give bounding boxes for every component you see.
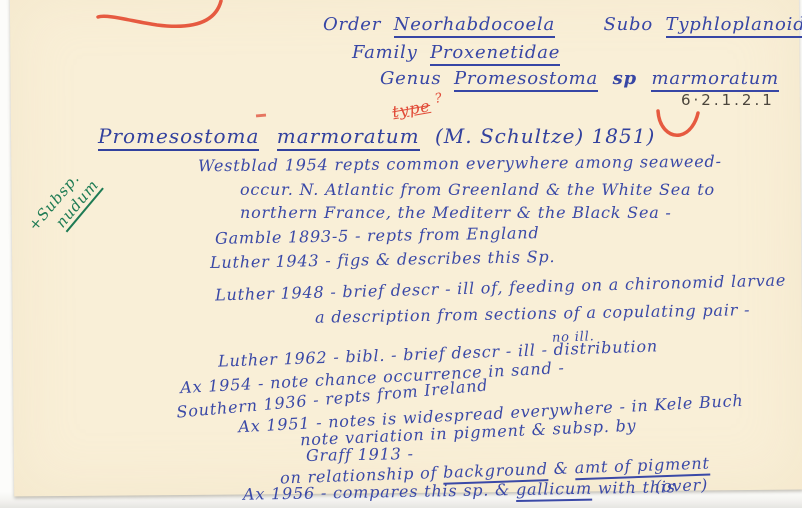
ax1956-gallicum: gallicum — [516, 479, 592, 502]
title-genus: Promesostoma — [98, 124, 259, 151]
species-value: marmoratum — [651, 68, 779, 92]
title-species: marmoratum — [277, 124, 420, 151]
note-graff-1913: Graff 1913 - — [306, 446, 414, 464]
type-annotation: type ? — [391, 96, 445, 121]
suborder-value: Typhloplanoida — [666, 14, 802, 38]
note-luther-1943: Luther 1943 - figs & describes this Sp. — [210, 249, 556, 271]
subsp-annotation: +Subsp. nudum — [26, 165, 104, 248]
note-copulating-pair: a description from sections of a copulat… — [315, 302, 750, 326]
taxonomy-genus-line: Genus Promesostoma sp marmoratum — [380, 70, 779, 88]
taxonomy-family-line: Family Proxenetidae — [352, 44, 560, 62]
species-title: Promesostoma marmoratum (M. Schultze) 18… — [98, 126, 655, 146]
note-northern-france: northern France, the Mediterr & the Blac… — [240, 205, 672, 221]
type-question-mark: ? — [434, 91, 444, 107]
red-checkmark-number-icon — [652, 106, 712, 146]
family-label: Family — [352, 42, 418, 63]
family-value: Proxenetidae — [430, 42, 560, 66]
note-westblad-1954: Westblad 1954 repts common everywhere am… — [198, 154, 722, 175]
note-occur-atlantic: occur. N. Atlantic from Greenland & the … — [240, 182, 715, 198]
taxonomy-order-line: Order Neorhabdocoela Subo Typhloplanoida — [323, 16, 802, 34]
type-note-text: type — [391, 96, 432, 121]
red-checkmark-top-icon — [95, 0, 225, 36]
red-dash — [256, 114, 266, 118]
note-ax-1956: Ax 1956 - compares this sp. & gallicum w… — [243, 479, 676, 503]
order-label: Order — [323, 14, 381, 35]
relationship-mid: & — [548, 458, 575, 478]
over-note: (over) — [655, 477, 709, 495]
genus-label: Genus — [380, 68, 441, 89]
sp-abbrev: sp — [613, 68, 637, 89]
genus-value: Promesostoma — [454, 68, 598, 92]
order-value: Neorhabdocoela — [394, 14, 555, 38]
suborder-label: Subo — [604, 14, 653, 35]
card-content: Order Neorhabdocoela Subo Typhloplanoida… — [0, 0, 802, 508]
note-gamble-1893: Gamble 1893-5 - repts from England — [215, 225, 540, 247]
note-luther-1948: Luther 1948 - brief descr - ill of, feed… — [215, 273, 786, 304]
ax1956-pre: Ax 1956 - compares this sp. & — [243, 480, 516, 504]
title-authority: (M. Schultze) 1851) — [435, 124, 655, 148]
